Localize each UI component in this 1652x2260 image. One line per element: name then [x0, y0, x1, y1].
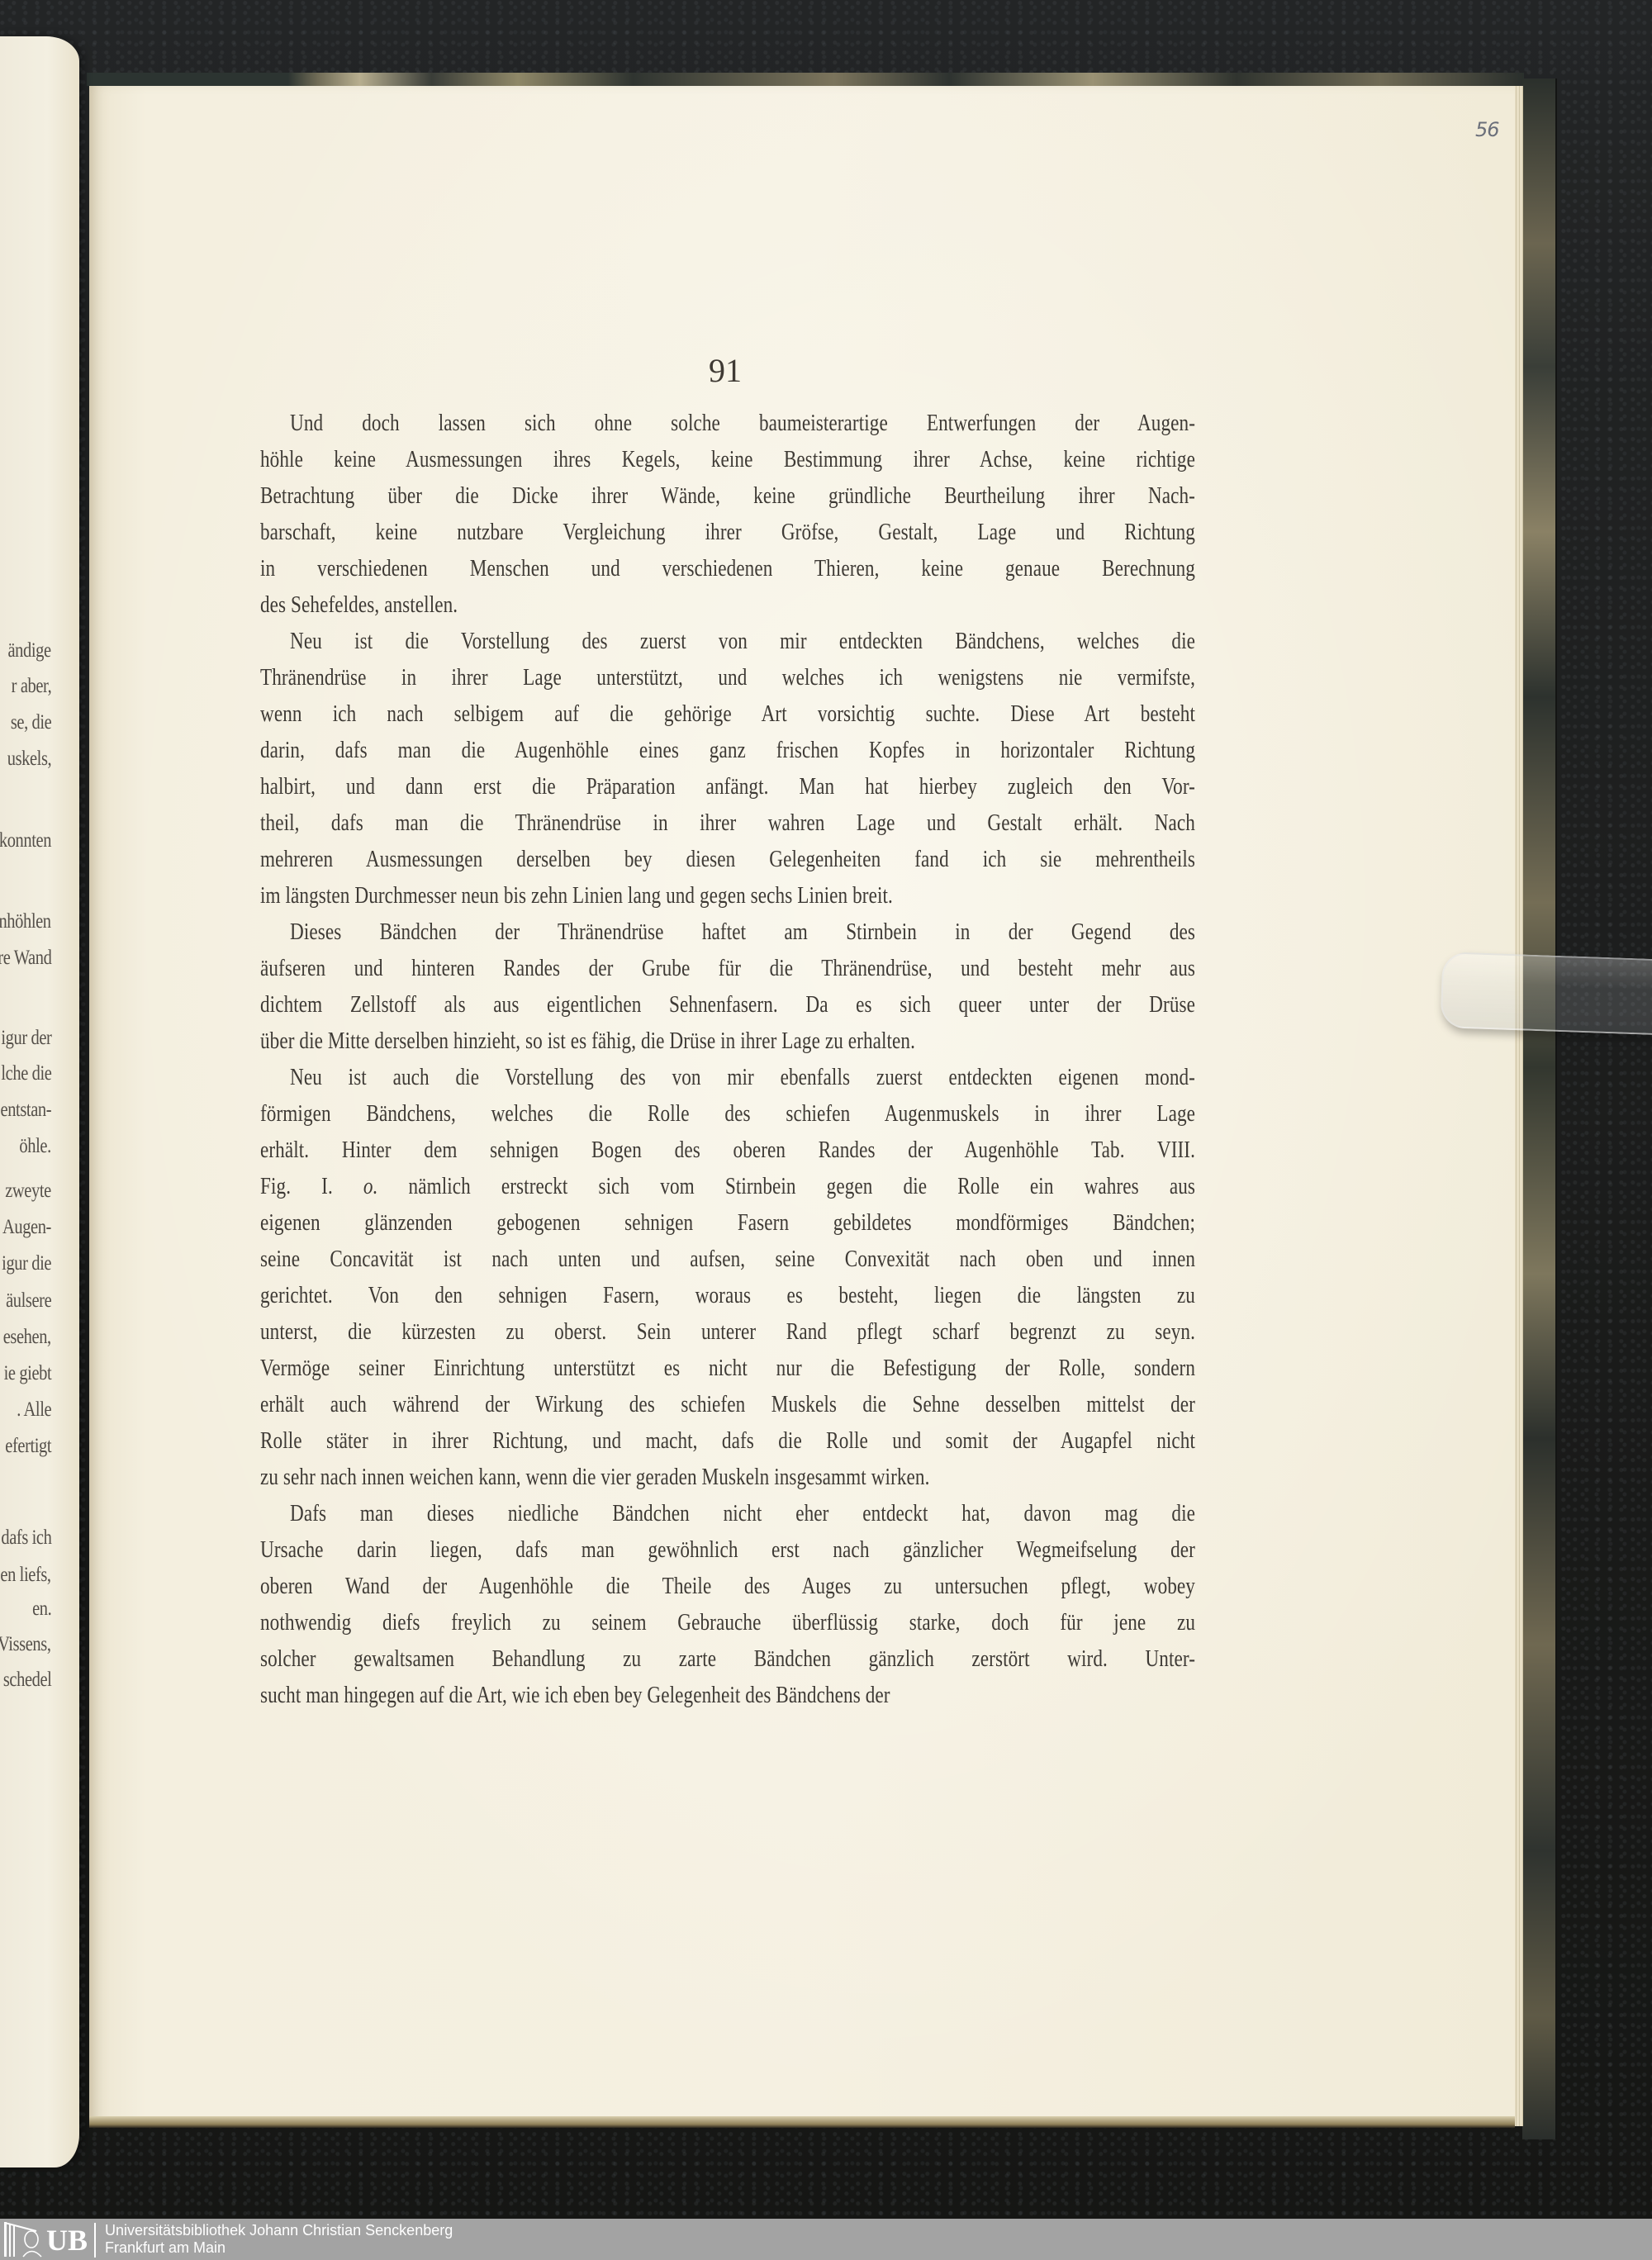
- text-line: höhle keine Ausmessungen ihres Kegels, k…: [260, 441, 1195, 477]
- text-line: äufseren und hinteren Randes der Grube f…: [260, 950, 1195, 986]
- left-page-text-fragment: en liefs,: [1, 1564, 51, 1587]
- left-page-text-fragment: re Wand: [0, 947, 51, 970]
- logo-divider: [94, 2223, 96, 2258]
- left-page-text-fragment: enhöhlen: [0, 910, 51, 933]
- library-footer-bar: UB Universitätsbibliothek Johann Christi…: [0, 2219, 1652, 2260]
- text-line: oberen Wand der Augenhöhle die Theile de…: [260, 1568, 1195, 1604]
- text-line: mehreren Ausmessungen derselben bey dies…: [260, 841, 1195, 877]
- left-page-text-fragment: r aber,: [11, 675, 51, 698]
- page-number: 91: [709, 351, 742, 390]
- text-line: eigenen glänzenden gebogenen sehnigen Fa…: [260, 1204, 1195, 1241]
- left-page-text-fragment: efertigt: [5, 1435, 51, 1458]
- left-page-fragment: ändiger aber,se, dieuskels,konntenenhöhl…: [0, 36, 79, 2167]
- text-line: Vermöge seiner Einrichtung unterstützt e…: [260, 1350, 1195, 1386]
- marbled-board-edge-right: [1522, 78, 1557, 2139]
- left-page-text-fragment: zweyte: [5, 1180, 51, 1203]
- left-page-text-fragment: dafs ich: [1, 1526, 51, 1550]
- text-line: solcher gewaltsamen Behandlung zu zarte …: [260, 1640, 1195, 1677]
- text-line: Dafs man dieses niedliche Bändchen nicht…: [260, 1495, 1195, 1531]
- text-line: im längsten Durchmesser neun bis zehn Li…: [260, 877, 1195, 914]
- left-page-text-fragment: äulsere: [6, 1289, 51, 1313]
- left-page-text-fragment: igur der: [1, 1027, 51, 1050]
- left-page-text-fragment: lche die: [1, 1062, 51, 1085]
- text-line: förmigen Bändchens, welches die Rolle de…: [260, 1095, 1195, 1132]
- page-bottom-edge: [89, 2116, 1515, 2128]
- text-line: Rolle stäter in ihrer Richtung, und mach…: [260, 1422, 1195, 1459]
- text-line: zu sehr nach innen weichen kann, wenn di…: [260, 1459, 1195, 1495]
- text-line: seine Concavität ist nach unten und aufs…: [260, 1241, 1195, 1277]
- left-page-text-fragment: ändige: [8, 639, 51, 662]
- text-line: erhält auch während der Wirkung des schi…: [260, 1386, 1195, 1422]
- left-page-text-fragment: esehen,: [3, 1326, 51, 1349]
- left-page-text-fragment: schedel: [2, 1669, 51, 1692]
- text-line: nothwendig diefs freylich zu seinem Gebr…: [260, 1604, 1195, 1640]
- text-line: sucht man hingegen auf die Art, wie ich …: [260, 1677, 1195, 1713]
- text-line: darin, dafs man die Augenhöhle eines gan…: [260, 732, 1195, 768]
- left-page-text-fragment: öhle.: [20, 1135, 51, 1158]
- text-line: Fig. I. o. nämlich erstreckt sich vom St…: [260, 1168, 1195, 1204]
- text-line: Betrachtung über die Dicke ihrer Wände, …: [260, 477, 1195, 514]
- text-line: des Sehefeldes, anstellen.: [260, 586, 1195, 623]
- ub-logo: UB: [3, 2221, 96, 2258]
- text-line: barschaft, keine nutzbare Vergleichung i…: [260, 514, 1195, 550]
- left-page-text-fragment: . Alle: [17, 1398, 51, 1422]
- plastic-page-clip: [1440, 952, 1652, 1035]
- left-page-text-fragment: igur die: [2, 1252, 51, 1275]
- left-page-text-fragment: Vissens,: [0, 1633, 51, 1656]
- left-page-text-fragment: entstan-: [0, 1099, 51, 1122]
- text-line: gerichtet. Von den sehnigen Fasern, wora…: [260, 1277, 1195, 1313]
- left-page-text-fragment: se, die: [10, 711, 51, 734]
- left-page-text-fragment: en.: [32, 1598, 51, 1621]
- text-line: wenn ich nach selbigem auf die gehörige …: [260, 696, 1195, 732]
- text-line: in verschiedenen Menschen und verschiede…: [260, 550, 1195, 586]
- pencil-folio-number: 56: [1475, 118, 1499, 141]
- text-line: Neu ist die Vorstellung des zuerst von m…: [260, 623, 1195, 659]
- text-line: Ursache darin liegen, dafs man gewöhnlic…: [260, 1531, 1195, 1568]
- figure-label: o.: [363, 1173, 378, 1199]
- text-line: dichtem Zellstoff als aus eigentlichen S…: [260, 986, 1195, 1023]
- text-line: Thränendrüse in ihrer Lage unterstützt, …: [260, 659, 1195, 696]
- text-line: halbirt, und dann erst die Präparation a…: [260, 768, 1195, 805]
- body-text: Und doch lassen sich ohne solche baumeis…: [260, 405, 1195, 1713]
- left-page-text-fragment: uskels,: [7, 748, 51, 771]
- left-page-text-fragment: ie giebt: [3, 1362, 51, 1385]
- text-line: Dieses Bändchen der Thränendrüse haftet …: [260, 914, 1195, 950]
- marbled-board-edge-top: [87, 73, 1524, 86]
- institution-name: Universitätsbibliothek Johann Christian …: [105, 2222, 453, 2239]
- text-line: über die Mitte derselben hinzieht, so is…: [260, 1023, 1195, 1059]
- left-page-text-fragment: konnten: [0, 829, 51, 852]
- text-line: Neu ist auch die Vorstellung des von mir…: [260, 1059, 1195, 1095]
- institution-city: Frankfurt am Main: [105, 2239, 225, 2256]
- left-page-text-fragment: Augen-: [2, 1216, 51, 1239]
- text-line: erhält. Hinter dem sehnigen Bogen des ob…: [260, 1132, 1195, 1168]
- text-line: unterst, die kürzesten zu oberst. Sein u…: [260, 1313, 1195, 1350]
- text-line: theil, dafs man die Thränendrüse in ihre…: [260, 805, 1195, 841]
- ub-logo-text: UB: [46, 2224, 88, 2256]
- portrait-icon: [3, 2221, 46, 2258]
- text-line: Und doch lassen sich ohne solche baumeis…: [260, 405, 1195, 441]
